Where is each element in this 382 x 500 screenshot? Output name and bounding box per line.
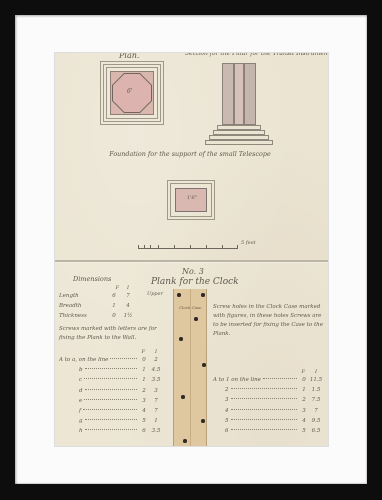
leader-dots [231,419,298,420]
row-inches: 3.5 [149,375,163,385]
row-label: b [59,365,83,375]
dimension-inches: 7 [121,291,135,301]
row-feet: 4 [299,416,309,426]
scale-tick [206,245,207,248]
row-label: c [59,375,82,385]
number-row: 211.5 [213,385,323,395]
plank-title: Plank for the Clock [151,277,239,287]
row-feet: 0 [139,355,149,365]
scale-tick [174,245,175,248]
scale-tick [237,245,238,248]
dimensions-table: Dimensions F I Length 6 7 Breadth 1 4 Th… [59,275,139,321]
letter-row: h63.5 [59,426,163,436]
number-row: A to 1 on the line011.5 [213,375,323,385]
row-label: A to a, on the line [59,355,108,365]
row-feet: 5 [299,426,309,436]
letter-row: e37 [59,396,163,406]
dimension-label: Breadth [59,301,107,311]
screw-hole-icon [201,293,205,297]
row-label: e [59,396,82,406]
dimension-label: Thickness [59,311,107,321]
scale-tick [144,245,145,248]
pillar-step-4 [205,140,273,145]
number-row: 437 [213,406,323,416]
row-label: h [59,426,83,436]
row-inches: 3 [149,386,163,396]
plan-title: Plan. [119,53,139,60]
row-feet: 6 [139,426,149,436]
dimension-feet: 0 [107,311,121,321]
row-label: d [59,386,83,396]
leader-dots [85,389,137,390]
artwork-paper: Plan. Section for the Pillar for the Tra… [55,53,328,446]
drawing-number: No. 3 [182,267,204,276]
number-measurements-list: F I A to 1 on the line011.5 211.5 327.5 … [213,369,323,436]
row-feet: 2 [299,395,309,405]
row-inches: 11.5 [309,375,323,385]
plank-label: Clock Case [179,305,202,310]
row-label: 4 [213,406,229,416]
leader-dots [85,368,137,369]
row-label: f [59,406,81,416]
dimensions-heading: Dimensions [59,275,139,283]
row-inches: 7.5 [309,395,323,405]
scale-bar [138,243,238,249]
row-label: g [59,416,83,426]
letter-row: c13.5 [59,375,163,385]
row-feet: 4 [139,406,149,416]
scale-label: 5 feet [241,240,256,246]
row-feet: 1 [299,385,309,395]
dimension-feet: 6 [107,291,121,301]
leader-dots [110,358,137,359]
row-label: 6 [213,426,229,436]
row-label: 2 [213,385,229,395]
foundation-title: Foundation for the support of the small … [95,150,285,158]
leader-dots [231,398,298,399]
leader-dots [231,388,298,389]
pillar-column-left [222,63,234,125]
row-inches: 7 [149,406,163,416]
dimension-inches: 1½ [121,311,135,321]
holes-note: Screw holes in the Clock Case marked wit… [213,303,325,339]
clock-plank-drawing: Clock Case [173,289,207,446]
letter-row: f47 [59,406,163,416]
leader-dots [84,399,137,400]
leader-dots [83,409,137,410]
dimension-label: Length [59,291,107,301]
letter-row: b14.5 [59,365,163,375]
row-feet: 0 [299,375,309,385]
screw-hole-icon [177,293,181,297]
telescope-foundation-drawing: 1'6" [167,180,215,220]
elevation-title: Section for the Pillar for the Transit I… [185,53,328,57]
leader-dots [85,419,137,420]
screw-hole-icon [181,395,185,399]
plank-centerline [190,289,191,446]
row-label: 3 [213,395,229,405]
row-inches: 4.5 [149,365,163,375]
row-inches: 9.5 [309,416,323,426]
dimension-inches: 4 [121,301,135,311]
scale-tick [222,245,223,248]
row-feet: 1 [139,365,149,375]
leader-dots [231,409,298,410]
row-inches: 1.5 [309,385,323,395]
dimension-row: Breadth 1 4 [59,301,139,311]
row-feet: 3 [299,406,309,416]
plan-center-label: 6' [127,88,132,95]
leader-dots [85,429,137,430]
letter-row: d23 [59,386,163,396]
scale-tick [190,245,191,248]
row-label: A to 1 on the line [213,375,261,385]
leader-dots [231,429,298,430]
pillar-column-right [244,63,256,125]
pillar-column-center [234,63,244,125]
scale-tick [150,245,151,248]
scale-tick [138,245,139,248]
row-inches: 7 [149,396,163,406]
pillar-plan-drawing: 6' [100,61,164,125]
scale-tick [158,245,159,248]
screw-hole-icon [194,317,198,321]
letter-row: g51 [59,416,163,426]
number-row: 327.5 [213,395,323,405]
screw-hole-icon [183,439,187,443]
row-inches: 3.5 [149,426,163,436]
dimension-row: Thickness 0 1½ [59,311,139,321]
pillar-elevation-drawing [205,63,277,147]
screw-hole-icon [202,363,206,367]
letter-row: A to a, on the line02 [59,355,163,365]
upper-label: Upper [147,291,163,297]
row-inches: 7 [309,406,323,416]
foundation-center-label: 1'6" [187,195,197,201]
number-row: 656.5 [213,426,323,436]
row-feet: 5 [139,416,149,426]
row-inches: 2 [149,355,163,365]
dimension-feet: 1 [107,301,121,311]
screw-hole-icon [201,419,205,423]
screws-note: Screws marked with letters are for fixin… [59,325,159,343]
row-feet: 3 [139,396,149,406]
leader-dots [84,378,137,379]
row-label: 5 [213,416,229,426]
dimension-row: Length 6 7 [59,291,139,301]
row-feet: 1 [139,375,149,385]
screw-hole-icon [179,337,183,341]
row-inches: 1 [149,416,163,426]
leader-dots [263,378,297,379]
number-row: 549.5 [213,416,323,426]
letter-measurements-list: F I A to a, on the line02 b14.5 c13.5 d2… [59,349,163,437]
row-feet: 2 [139,386,149,396]
row-inches: 6.5 [309,426,323,436]
